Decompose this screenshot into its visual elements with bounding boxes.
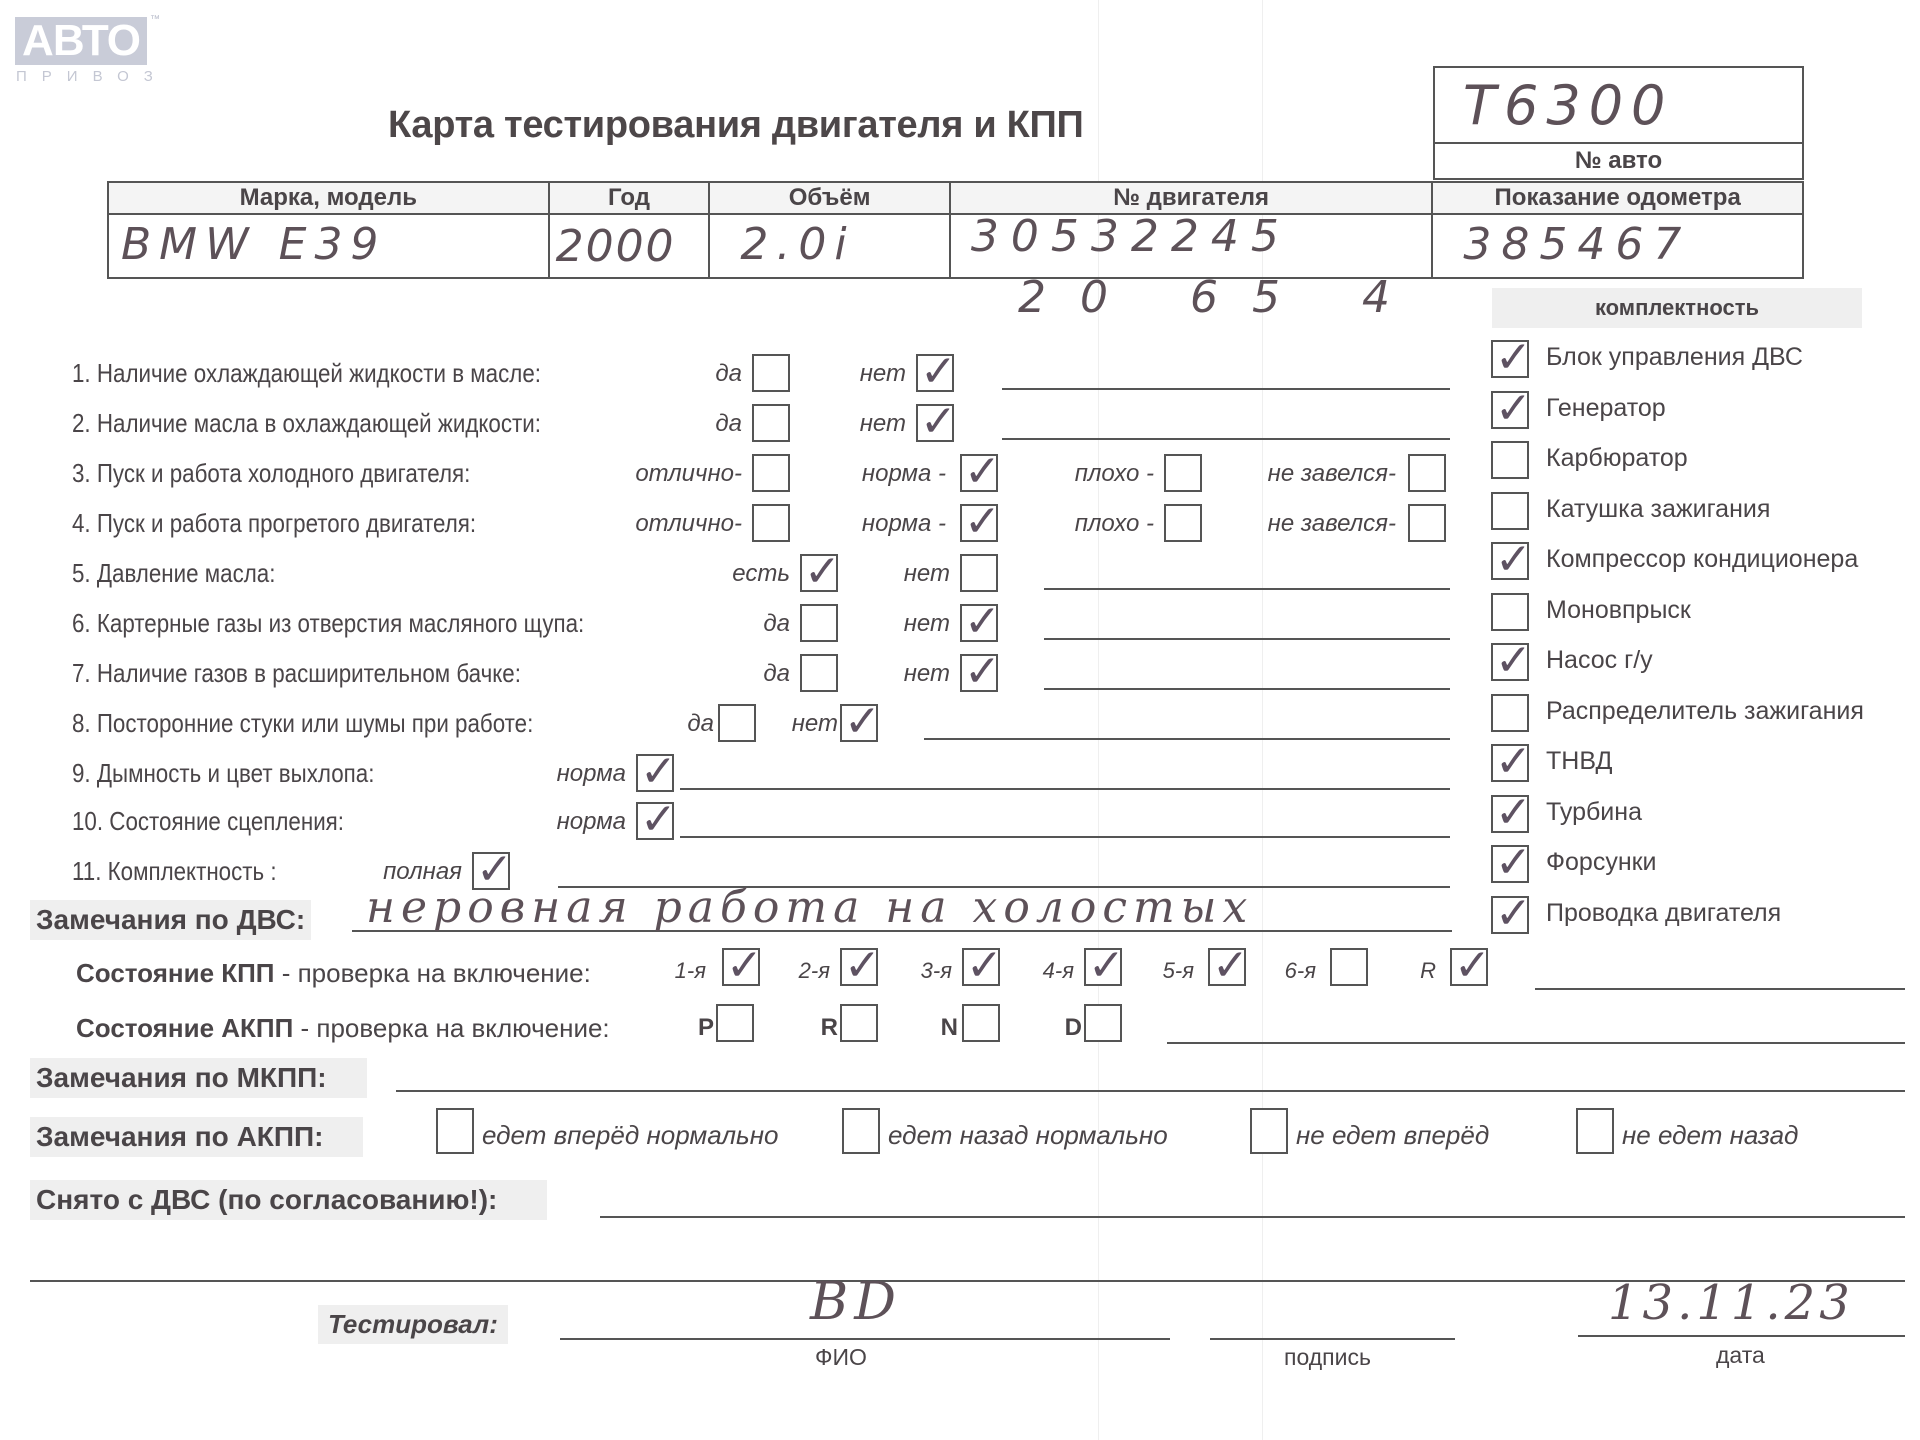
- mkpp-remarks-field[interactable]: [396, 1090, 1905, 1092]
- checklist-item-3-option-label: плохо -: [1075, 460, 1154, 488]
- checklist-item-7-checkbox[interactable]: [800, 654, 838, 692]
- gear-4-я-checkbox[interactable]: [1084, 948, 1122, 986]
- gear-5-я-checkbox[interactable]: [1208, 948, 1246, 986]
- checklist-item-1-option-label: да: [715, 360, 742, 388]
- completeness-checkbox[interactable]: [1491, 542, 1529, 580]
- checklist-item-4-checkbox[interactable]: [752, 504, 790, 542]
- checklist-item-8-question: 8. Посторонние стуки или шумы при работе…: [72, 708, 533, 739]
- akpp-remark-label: не едет назад: [1622, 1120, 1798, 1151]
- checklist-item-9-note-line[interactable]: [680, 788, 1450, 790]
- completeness-checkbox[interactable]: [1491, 744, 1529, 782]
- engine-number-value[interactable]: 30532245: [971, 211, 1291, 262]
- checklist-item-3-checkbox[interactable]: [1408, 454, 1446, 492]
- checklist-item-7-option-label: нет: [904, 660, 950, 688]
- checklist-item-3-checkbox[interactable]: [752, 454, 790, 492]
- gear-3-я-label: 3-я: [921, 958, 952, 984]
- completeness-checkbox[interactable]: [1491, 391, 1529, 429]
- akpp-D-label: D: [1065, 1014, 1082, 1042]
- checklist-item-1-note-line[interactable]: [1002, 388, 1450, 390]
- checklist-item-2-question: 2. Наличие масла в охлаждающей жидкости:: [72, 408, 541, 439]
- checklist-item-4-option-label: отлично-: [635, 510, 742, 538]
- col-header-engine-number: № двигателя: [950, 182, 1432, 214]
- logo: АВТО: [15, 17, 147, 65]
- akpp-remark-checkbox[interactable]: [436, 1108, 474, 1154]
- checklist-item-8-note-line[interactable]: [924, 738, 1450, 740]
- completeness-item-label: Распределитель зажигания: [1546, 697, 1864, 726]
- akpp-remark-checkbox[interactable]: [1576, 1108, 1614, 1154]
- akpp-remark-label: едет вперёд нормально: [482, 1120, 778, 1151]
- signature-caption: подпись: [1284, 1344, 1371, 1371]
- checklist-item-2-option-label: нет: [860, 410, 906, 438]
- checklist-item-2-checkbox[interactable]: [916, 404, 954, 442]
- auto-gearbox-line: [1167, 1042, 1905, 1044]
- checklist-item-7-checkbox[interactable]: [960, 654, 998, 692]
- checklist-item-3-question: 3. Пуск и работа холодного двигателя:: [72, 458, 470, 489]
- completeness-item-label: Блок управления ДВС: [1546, 343, 1803, 372]
- gear-1-я-label: 1-я: [675, 958, 706, 984]
- removed-field[interactable]: [600, 1216, 1905, 1218]
- engine-number-extra: 20 65 4: [1018, 272, 1424, 323]
- checklist-item-10-note-line[interactable]: [680, 836, 1450, 838]
- gear-6-я-label: 6-я: [1285, 958, 1316, 984]
- gear-6-я-checkbox[interactable]: [1330, 948, 1368, 986]
- completeness-checkbox[interactable]: [1491, 340, 1529, 378]
- odometer-value[interactable]: 385467: [1463, 219, 1691, 270]
- checklist-item-6-note-line[interactable]: [1044, 638, 1450, 640]
- checklist-item-6-question: 6. Картерные газы из отверстия масляного…: [72, 608, 584, 639]
- checklist-item-2-option-label: да: [715, 410, 742, 438]
- checklist-item-10-checkbox[interactable]: [636, 802, 674, 840]
- gear-1-я-checkbox[interactable]: [722, 948, 760, 986]
- checklist-item-3-checkbox[interactable]: [1164, 454, 1202, 492]
- completeness-item-label: Насос г/у: [1546, 646, 1653, 675]
- checklist-item-10-option-label: норма: [557, 808, 626, 836]
- completeness-item-label: Генератор: [1546, 394, 1666, 423]
- checklist-item-8-checkbox[interactable]: [840, 704, 878, 742]
- checklist-item-4-checkbox[interactable]: [1408, 504, 1446, 542]
- checklist-item-6-checkbox[interactable]: [960, 604, 998, 642]
- completeness-checkbox[interactable]: [1491, 896, 1529, 934]
- checklist-item-5-option-label: есть: [732, 560, 790, 588]
- checklist-item-6-option-label: нет: [904, 610, 950, 638]
- akpp-remark-label: не едет вперёд: [1296, 1120, 1489, 1151]
- checklist-item-4-option-label: не завелся-: [1268, 510, 1396, 538]
- checklist-item-3-option-label: не завелся-: [1268, 460, 1396, 488]
- checklist-item-7-option-label: да: [763, 660, 790, 688]
- completeness-item-label: Компрессор кондиционера: [1546, 545, 1858, 574]
- signature-line[interactable]: [1210, 1338, 1455, 1340]
- akpp-N-label: N: [941, 1014, 958, 1042]
- completeness-item-label: Турбина: [1546, 798, 1642, 827]
- name-line: [560, 1338, 1170, 1340]
- checklist-item-5-note-line[interactable]: [1044, 588, 1450, 590]
- akpp-remark-checkbox[interactable]: [842, 1108, 880, 1154]
- akpp-D-checkbox[interactable]: [1084, 1004, 1122, 1042]
- mkpp-remarks-label: Замечания по МКПП:: [30, 1058, 367, 1098]
- year-value[interactable]: 2000: [556, 221, 676, 272]
- manual-gearbox-label-rest: - проверка на включение:: [275, 958, 591, 988]
- checklist-item-1-option-label: нет: [860, 360, 906, 388]
- gear-2-я-checkbox[interactable]: [840, 948, 878, 986]
- model-value[interactable]: BMW E39: [121, 219, 386, 270]
- tester-name-value[interactable]: BD: [810, 1272, 902, 1332]
- engine-remarks-label: Замечания по ДВС:: [30, 900, 311, 940]
- col-header-volume: Объём: [709, 182, 949, 214]
- auto-gearbox-label: Состояние АКПП - проверка на включение:: [76, 1013, 610, 1044]
- completeness-item-label: Проводка двигателя: [1546, 899, 1781, 928]
- completeness-item-label: Катушка зажигания: [1546, 495, 1770, 524]
- vehicle-id-label: № авто: [1434, 143, 1803, 179]
- checklist-item-11-question: 11. Комплектность :: [72, 856, 277, 887]
- checklist-item-9-checkbox[interactable]: [636, 754, 674, 792]
- tested-by-label: Тестировал:: [318, 1305, 508, 1344]
- gear-R-checkbox[interactable]: [1450, 948, 1488, 986]
- auto-gearbox-label-bold: Состояние АКПП: [76, 1013, 293, 1043]
- page-title: Карта тестирования двигателя и КПП: [388, 104, 1084, 147]
- completeness-checkbox[interactable]: [1491, 492, 1529, 530]
- date-value[interactable]: 13.11.23: [1608, 1275, 1854, 1331]
- akpp-P-checkbox[interactable]: [716, 1004, 754, 1042]
- completeness-checkbox[interactable]: [1491, 593, 1529, 631]
- checklist-item-3-option-label: отлично-: [635, 460, 742, 488]
- col-header-model: Марка, модель: [108, 182, 549, 214]
- checklist-item-4-option-label: норма -: [862, 510, 946, 538]
- gear-5-я-label: 5-я: [1163, 958, 1194, 984]
- col-header-year: Год: [549, 182, 710, 214]
- akpp-remarks-label: Замечания по АКПП:: [30, 1117, 363, 1157]
- completeness-item-label: ТНВД: [1546, 747, 1612, 776]
- removed-label: Снято с ДВС (по согласованию!):: [30, 1180, 547, 1220]
- logo-trademark: ™: [150, 14, 160, 25]
- checklist-item-3-checkbox[interactable]: [960, 454, 998, 492]
- date-caption: дата: [1716, 1342, 1765, 1369]
- engine-remarks-value[interactable]: неровная работа на холостых: [366, 882, 1253, 933]
- akpp-remark-label: едет назад нормально: [888, 1120, 1168, 1151]
- gear-2-я-label: 2-я: [799, 958, 830, 984]
- checklist-item-8-checkbox[interactable]: [718, 704, 756, 742]
- checklist-item-7-question: 7. Наличие газов в расширительном бачке:: [72, 658, 521, 689]
- completeness-item-label: Карбюратор: [1546, 444, 1688, 473]
- checklist-item-6-checkbox[interactable]: [800, 604, 838, 642]
- checklist-item-10-question: 10. Состояние сцепления:: [72, 806, 344, 837]
- gear-R-label: R: [1420, 958, 1436, 984]
- completeness-item-label: Моновпрыск: [1546, 596, 1691, 625]
- checklist-item-4-checkbox[interactable]: [1164, 504, 1202, 542]
- vehicle-info-table: Марка, модель Год Объём № двигателя Пока…: [107, 181, 1804, 279]
- auto-gearbox-label-rest: - проверка на включение:: [293, 1013, 609, 1043]
- name-caption: ФИО: [815, 1344, 867, 1371]
- completeness-checkbox[interactable]: [1491, 643, 1529, 681]
- logo-subtitle: ПРИВОЗ: [16, 68, 168, 85]
- akpp-R-checkbox[interactable]: [840, 1004, 878, 1042]
- gear-3-я-checkbox[interactable]: [962, 948, 1000, 986]
- checklist-item-5-checkbox[interactable]: [960, 554, 998, 592]
- volume-value[interactable]: 2.0i: [740, 219, 854, 270]
- completeness-checkbox[interactable]: [1491, 795, 1529, 833]
- checklist-item-6-option-label: да: [763, 610, 790, 638]
- completeness-checkbox[interactable]: [1491, 694, 1529, 732]
- col-header-odometer: Показание одометра: [1432, 182, 1803, 214]
- checklist-item-7-note-line[interactable]: [1044, 688, 1450, 690]
- checklist-item-5-question: 5. Давление масла:: [72, 558, 275, 589]
- manual-gearbox-label: Состояние КПП - проверка на включение:: [76, 958, 591, 989]
- checklist-item-5-checkbox[interactable]: [800, 554, 838, 592]
- checklist-item-8-option-label: да: [687, 710, 714, 738]
- checklist-item-2-note-line[interactable]: [1002, 438, 1450, 440]
- vehicle-id-value[interactable]: T6300: [1463, 74, 1673, 137]
- checklist-item-3-option-label: норма -: [862, 460, 946, 488]
- date-line: [1578, 1335, 1905, 1337]
- vehicle-id-table: T6300 № авто: [1433, 66, 1804, 180]
- gear-4-я-label: 4-я: [1043, 958, 1074, 984]
- akpp-R-label: R: [821, 1014, 838, 1042]
- checklist-item-9-option-label: норма: [557, 760, 626, 788]
- completeness-title: комплектность: [1492, 288, 1862, 328]
- manual-gearbox-line: [1535, 988, 1905, 990]
- akpp-remark-checkbox[interactable]: [1250, 1108, 1288, 1154]
- checklist-item-1-question: 1. Наличие охлаждающей жидкости в масле:: [72, 358, 541, 389]
- checklist-item-8-option-label: нет: [792, 710, 838, 738]
- completeness-item-label: Форсунки: [1546, 848, 1657, 877]
- checklist-item-5-option-label: нет: [904, 560, 950, 588]
- checklist-item-1-checkbox[interactable]: [916, 354, 954, 392]
- checklist-item-2-checkbox[interactable]: [752, 404, 790, 442]
- checklist-item-4-option-label: плохо -: [1075, 510, 1154, 538]
- akpp-N-checkbox[interactable]: [962, 1004, 1000, 1042]
- manual-gearbox-label-bold: Состояние КПП: [76, 958, 275, 988]
- completeness-checkbox[interactable]: [1491, 845, 1529, 883]
- checklist-item-1-checkbox[interactable]: [752, 354, 790, 392]
- checklist-item-4-question: 4. Пуск и работа прогретого двигателя:: [72, 508, 476, 539]
- checklist-item-4-checkbox[interactable]: [960, 504, 998, 542]
- completeness-checkbox[interactable]: [1491, 441, 1529, 479]
- checklist-item-9-question: 9. Дымность и цвет выхлопа:: [72, 758, 374, 789]
- akpp-P-label: P: [698, 1014, 714, 1042]
